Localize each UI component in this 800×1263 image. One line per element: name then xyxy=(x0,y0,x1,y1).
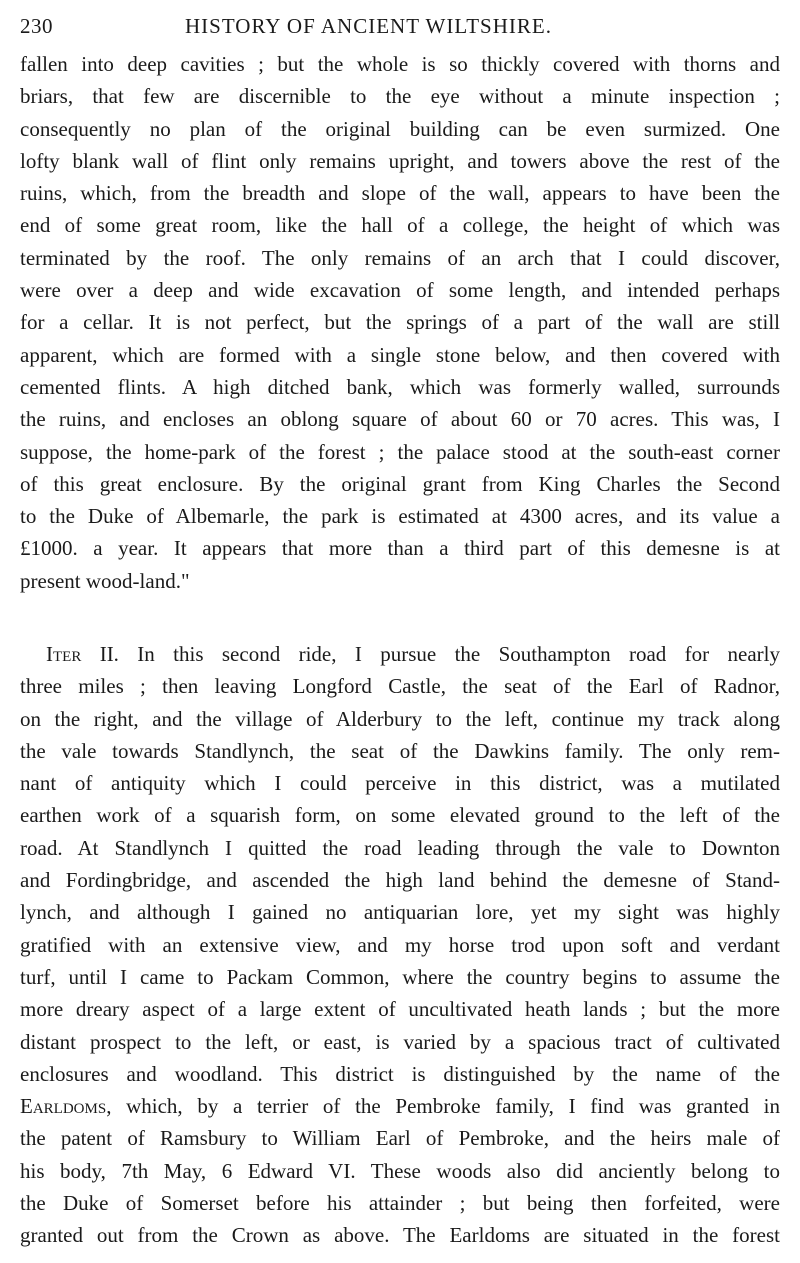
text-line: granted out from the Crown as above. The… xyxy=(20,1219,780,1251)
text-line: more dreary aspect of a large extent of … xyxy=(20,993,780,1025)
text-line: end of some great room, like the hall of… xyxy=(20,209,780,241)
text-line: for a cellar. It is not perfect, but the… xyxy=(20,306,780,338)
text-line: lynch, and although I gained no antiquar… xyxy=(20,896,780,928)
text-line: earthen work of a squarish form, on some… xyxy=(20,799,780,831)
text-line: consequently no plan of the original bui… xyxy=(20,113,780,145)
text-line: £1000. a year. It appears that more than… xyxy=(20,532,780,564)
text-line: the patent of Ramsbury to William Earl o… xyxy=(20,1122,780,1154)
text-line: Iter II. In this second ride, I pursue t… xyxy=(20,638,780,670)
text-line: gratified with an extensive view, and my… xyxy=(20,929,780,961)
section-marker: Iter xyxy=(46,642,81,666)
text-line: ruins, which, from the breadth and slope… xyxy=(20,177,780,209)
page-number: 230 xyxy=(20,14,53,39)
text-line: briars, that few are discernible to the … xyxy=(20,80,780,112)
text-line: lofty blank wall of flint only remains u… xyxy=(20,145,780,177)
text-line: fallen into deep cavities ; but the whol… xyxy=(20,48,780,80)
text-line: the vale towards Standlynch, the seat of… xyxy=(20,735,780,767)
text-line: suppose, the home-park of the forest ; t… xyxy=(20,436,780,468)
text-line: of this great enclosure. By the original… xyxy=(20,468,780,500)
text-line: the ruins, and encloses an oblong square… xyxy=(20,403,780,435)
text-line: present wood-land." xyxy=(20,565,780,597)
running-title: HISTORY OF ANCIENT WILTSHIRE. xyxy=(185,14,552,39)
text-line: turf, until I came to Packam Common, whe… xyxy=(20,961,780,993)
paragraph-1: fallen into deep cavities ; but the whol… xyxy=(20,48,780,597)
text-line: and Fordingbridge, and ascended the high… xyxy=(20,864,780,896)
running-head: 230 HISTORY OF ANCIENT WILTSHIRE. xyxy=(20,14,780,46)
text-line: cemented flints. A high ditched bank, wh… xyxy=(20,371,780,403)
text-line: his body, 7th May, 6 Edward VI. These wo… xyxy=(20,1155,780,1187)
earldoms-term: Earldoms xyxy=(20,1094,106,1118)
text-line: three miles ; then leaving Longford Cast… xyxy=(20,670,780,702)
paragraph-2: Iter II. In this second ride, I pursue t… xyxy=(20,638,780,1252)
text-line: Earldoms, which, by a terrier of the Pem… xyxy=(20,1090,780,1122)
text-line: were over a deep and wide excavation of … xyxy=(20,274,780,306)
text-line: terminated by the roof. The only remains… xyxy=(20,242,780,274)
text-line: road. At Standlynch I quitted the road l… xyxy=(20,832,780,864)
text-line: distant prospect to the left, or east, i… xyxy=(20,1026,780,1058)
text-line: nant of antiquity which I could perceive… xyxy=(20,767,780,799)
text-line: enclosures and woodland. This district i… xyxy=(20,1058,780,1090)
book-page: 230 HISTORY OF ANCIENT WILTSHIRE. fallen… xyxy=(0,0,800,1263)
text-line: to the Duke of Albemarle, the park is es… xyxy=(20,500,780,532)
text-line: on the right, and the village of Alderbu… xyxy=(20,703,780,735)
text-line: apparent, which are formed with a single… xyxy=(20,339,780,371)
text-line: the Duke of Somerset before his attainde… xyxy=(20,1187,780,1219)
